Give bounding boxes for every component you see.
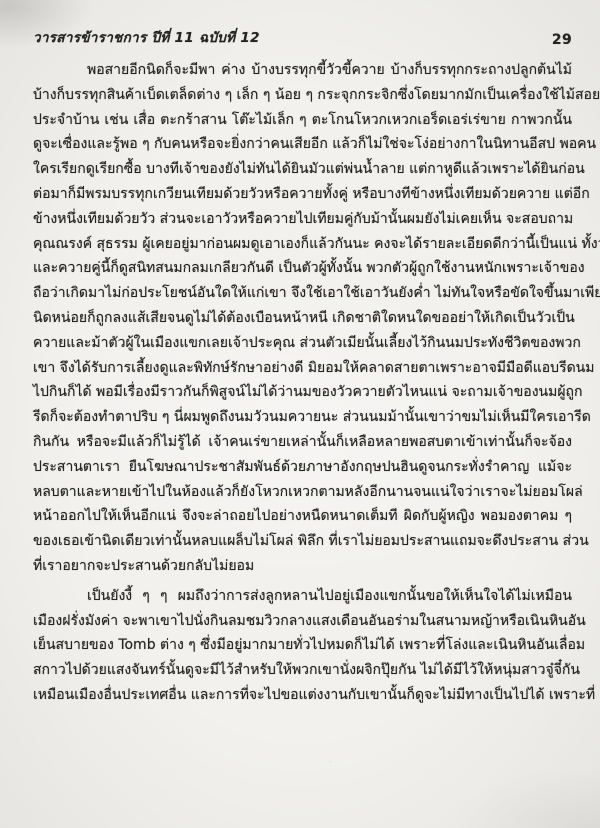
paragraph-1: พอสายอีกนิดก็จะมีพา ค่าง บ้างบรรทุกขี้วั… bbox=[33, 58, 572, 579]
text-line: เป็นยังงี้ ๆ ๆ ผมถึงว่าการส่งลูกหลานไปอย… bbox=[33, 584, 572, 609]
text-line: ไปกินก็ได้ พอมีเรื่องมีราวกันก็พิสูจน์ไม… bbox=[33, 380, 572, 405]
text-line: ที่เราอยากจะประสานด้วยกลับไม่ยอม bbox=[33, 554, 572, 579]
text-line: ใครเรียกดูเรียกซื้อ บางทีเจ้าของยังไม่ทั… bbox=[33, 157, 572, 182]
text-line: บ้างก็บรรทุกสินค้าเบ็ดเตล็ดต่าง ๆ เล็ก ๆ… bbox=[33, 83, 572, 108]
text-line: ต่อมาก็มีพรมบรรทุกเกวียนเทียมด้วยวัวหรือ… bbox=[33, 182, 572, 207]
text-line: เย็นสบายของ Tomb ต่าง ๆ ซึ่งมีอยู่มากมาย… bbox=[33, 633, 572, 658]
text-line: กินกัน หรือจะมีแล้วก็ไม่รู้ได้ เจ้าคนเร่… bbox=[33, 430, 572, 455]
text-line: นิดหน่อยก็ถูกลงแส้เสียจนดูไม่ได้ต้องเบือ… bbox=[33, 306, 572, 331]
text-line: ข้างหนึ่งเทียมด้วยวัว ส่วนจะเอาวัวหรือคว… bbox=[33, 207, 572, 232]
text-line: หน้าออกไปให้เห็นอีกแน่ จึงจะล่าถอยไปอย่า… bbox=[33, 504, 572, 529]
page-number: 29 bbox=[552, 32, 572, 48]
text-line: ประสานตาเรา ยืนโฆษณาประชาสัมพันธ์ด้วยภาษ… bbox=[33, 455, 572, 480]
journal-title: วารสารข้าราชการ ปีที่ 11 ฉบับที่ 12 bbox=[33, 26, 260, 48]
text-line: คุณณรงค์ สุธรรม ผู้เคยอยู่มาก่อนผมดูเอาเ… bbox=[33, 232, 572, 257]
body-text: พอสายอีกนิดก็จะมีพา ค่าง บ้างบรรทุกขี้วั… bbox=[33, 58, 572, 708]
page-header: วารสารข้าราชการ ปีที่ 11 ฉบับที่ 12 29 bbox=[33, 26, 572, 48]
text-line: ถือว่าเกิดมาไม่ก่อประโยชน์อันใดให้แก่เขา… bbox=[33, 281, 572, 306]
text-line: ดูจะเซื่องและรู้พอ ๆ กับคนหรือจะยิ่งกว่า… bbox=[33, 132, 572, 157]
text-line: พอสายอีกนิดก็จะมีพา ค่าง บ้างบรรทุกขี้วั… bbox=[33, 58, 572, 83]
header-divider bbox=[33, 49, 572, 51]
text-line: และควายคู่นี้ก็ดูสนิทสนมกลมเกลียวกันดี เ… bbox=[33, 256, 572, 281]
text-line: เขา จึงได้รับการเลี้ยงดูและพิทักษ์รักษาอ… bbox=[33, 356, 572, 381]
text-line: เหมือนเมืองอื่นประเทศอื่น และการที่จะไปข… bbox=[33, 683, 572, 708]
text-line: หลบตาและหายเข้าไปในห้องแล้วก็ยังโหวกเหวก… bbox=[33, 480, 572, 505]
text-line: เมืองฝรั่งมังค่า จะพาเขาไปนั่งกินลมชมวิว… bbox=[33, 609, 572, 634]
text-line: ควายและม้าตัวผู้ในเมืองแขกเลยเจ้าประคุณ … bbox=[33, 331, 572, 356]
text-line: ประจำบ้าน เช่น เสื่อ ตะกร้าสาน โต๊ะไม้เล… bbox=[33, 108, 572, 133]
text-line: สกาวไปด้วยแสงจันทร์นั้นดูจะมีไว้สำหรับให… bbox=[33, 658, 572, 683]
text-line: รีดก็จะต้องทำตาปริบ ๆ นี่ผมพูดถึงนมวัวนม… bbox=[33, 405, 572, 430]
paragraph-2: เป็นยังงี้ ๆ ๆ ผมถึงว่าการส่งลูกหลานไปอย… bbox=[33, 584, 572, 708]
scanned-journal-page: วารสารข้าราชการ ปีที่ 11 ฉบับที่ 12 29 พ… bbox=[0, 0, 600, 828]
text-line: ของเธอเข้านิดเดียวเท่านั้นหลบแผล็บไม่โผล… bbox=[33, 529, 572, 554]
